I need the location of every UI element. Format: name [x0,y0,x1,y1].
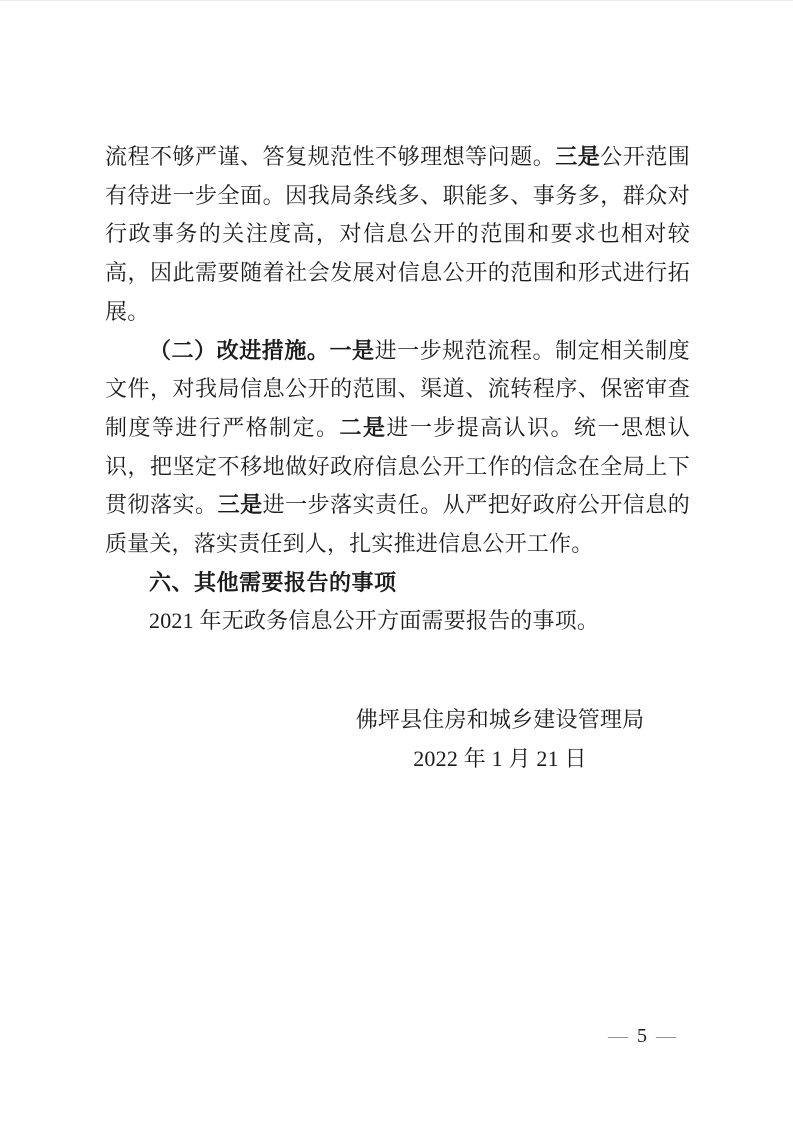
subheading-segment: （二）改进措施。 [149,338,329,363]
page-number-dash-right: — [656,1025,676,1048]
paragraph-problems-continuation: 流程不够严谨、答复规范性不够理想等问题。三是公开范围有待进一步全面。因我局条线多… [105,138,690,332]
text-segment: 流程不够严谨、答复规范性不够理想等问题。 [105,144,555,169]
document-body: 流程不够严谨、答复规范性不够理想等问题。三是公开范围有待进一步全面。因我局条线多… [105,138,690,779]
page-number: — 5 — [602,1021,682,1051]
paragraph-improvement-measures: （二）改进措施。一是进一步规范流程。制定相关制度文件，对我局信息公开的范围、渠道… [105,332,690,564]
signature-organization: 佛坪县住房和城乡建设管理局 [310,701,690,740]
text-segment: 公开范围有待进一步全面。因我局条线多、职能多、事务多，群众对行政事务的关注度高，… [105,144,690,324]
page-number-dash-left: — [608,1025,628,1048]
signature-block: 佛坪县住房和城乡建设管理局 2022 年 1 月 21 日 [310,701,690,778]
document-page: 流程不够严谨、答复规范性不够理想等问题。三是公开范围有待进一步全面。因我局条线多… [0,0,793,1122]
bold-segment-third-point: 三是 [218,492,263,517]
paragraph-other-items: 2021 年无政务信息公开方面需要报告的事项。 [105,602,690,641]
bold-segment-second-point: 二是 [340,415,387,440]
page-number-value: 5 [637,1025,647,1048]
bold-segment-first-point: 一是 [329,338,374,363]
signature-date: 2022 年 1 月 21 日 [310,740,690,779]
section-heading-six: 六、其他需要报告的事项 [105,564,690,603]
bold-segment-third-point: 三是 [555,144,600,169]
